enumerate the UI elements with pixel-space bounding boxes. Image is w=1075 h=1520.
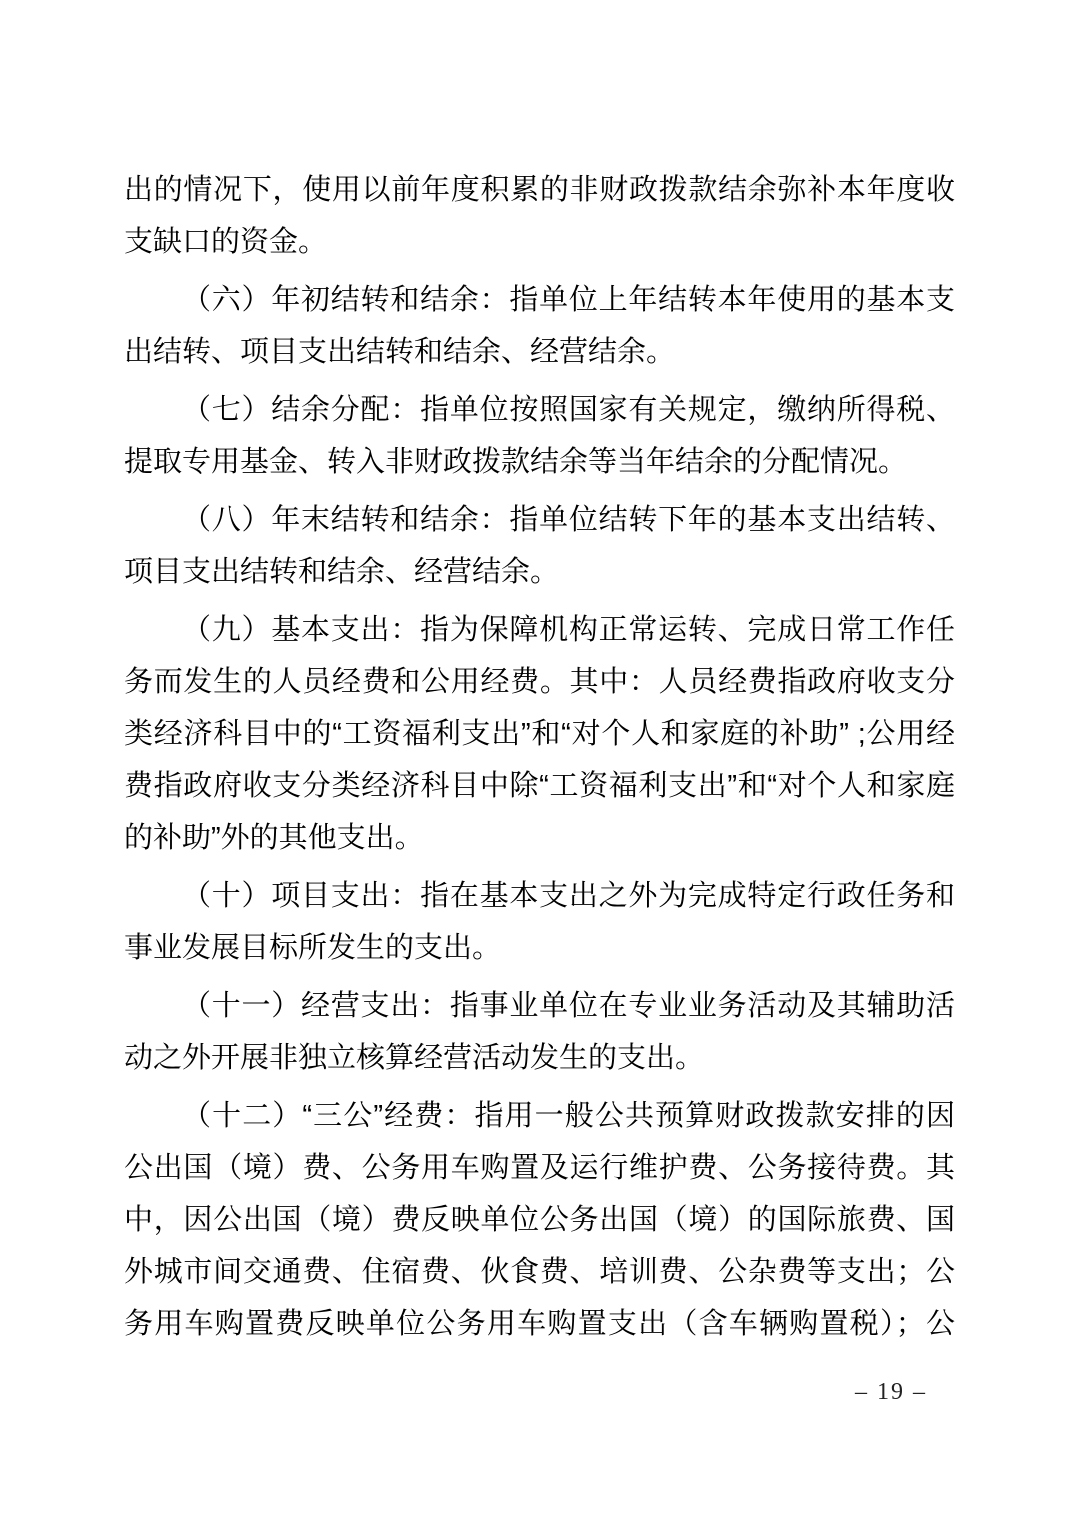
text-line: （七）结余分配：指单位按照国家有关规定，缴纳所得税、 [124, 384, 955, 436]
document-page: 出的情况下，使用以前年度积累的非财政拨款结余弥补本年度收支缺口的资金。（六）年初… [0, 0, 1075, 1520]
text-line: （八）年末结转和结余：指单位结转下年的基本支出结转、 [124, 494, 955, 546]
text-line: 类经济科目中的“工资福利支出”和“对个人和家庭的补助” ;公用经 [124, 708, 955, 760]
paragraph: 出的情况下，使用以前年度积累的非财政拨款结余弥补本年度收支缺口的资金。 [124, 164, 955, 268]
text-line: 提取专用基金、转入非财政拨款结余等当年结余的分配情况。 [124, 436, 955, 488]
text-line: 出的情况下，使用以前年度积累的非财政拨款结余弥补本年度收 [124, 164, 955, 216]
text-line: （六）年初结转和结余：指单位上年结转本年使用的基本支 [124, 274, 955, 326]
text-line: 务用车购置费反映单位公务用车购置支出（含车辆购置税）；公 [124, 1298, 955, 1350]
text-line: 公出国（境）费、公务用车购置及运行维护费、公务接待费。其 [124, 1142, 955, 1194]
paragraph: （九）基本支出：指为保障机构正常运转、完成日常工作任务而发生的人员经费和公用经费… [124, 604, 955, 864]
paragraph: （七）结余分配：指单位按照国家有关规定，缴纳所得税、提取专用基金、转入非财政拨款… [124, 384, 955, 488]
text-line: 费指政府收支分类经济科目中除“工资福利支出”和“对个人和家庭 [124, 760, 955, 812]
text-line: （十）项目支出：指在基本支出之外为完成特定行政任务和 [124, 870, 955, 922]
text-line: 动之外开展非独立核算经营活动发生的支出。 [124, 1032, 955, 1084]
paragraph: （十二）“三公”经费：指用一般公共预算财政拨款安排的因公出国（境）费、公务用车购… [124, 1090, 955, 1350]
text-line: （十二）“三公”经费：指用一般公共预算财政拨款安排的因 [124, 1090, 955, 1142]
paragraph: （十一）经营支出：指事业单位在专业业务活动及其辅助活动之外开展非独立核算经营活动… [124, 980, 955, 1084]
paragraph: （十）项目支出：指在基本支出之外为完成特定行政任务和事业发展目标所发生的支出。 [124, 870, 955, 974]
text-line: 事业发展目标所发生的支出。 [124, 922, 955, 974]
paragraph: （六）年初结转和结余：指单位上年结转本年使用的基本支出结转、项目支出结转和结余、… [124, 274, 955, 378]
text-line: 务而发生的人员经费和公用经费。其中：人员经费指政府收支分 [124, 656, 955, 708]
text-line: 中，因公出国（境）费反映单位公务出国（境）的国际旅费、国 [124, 1194, 955, 1246]
text-line: 项目支出结转和结余、经营结余。 [124, 546, 955, 598]
text-line: 出结转、项目支出结转和结余、经营结余。 [124, 326, 955, 378]
text-line: 支缺口的资金。 [124, 216, 955, 268]
text-line: 外城市间交通费、住宿费、伙食费、培训费、公杂费等支出；公 [124, 1246, 955, 1298]
text-line: 的补助”外的其他支出。 [124, 812, 955, 864]
text-line: （十一）经营支出：指事业单位在专业业务活动及其辅助活 [124, 980, 955, 1032]
page-number: – 19 – [846, 1378, 936, 1406]
document-body-text: 出的情况下，使用以前年度积累的非财政拨款结余弥补本年度收支缺口的资金。（六）年初… [124, 164, 955, 1356]
paragraph: （八）年末结转和结余：指单位结转下年的基本支出结转、项目支出结转和结余、经营结余… [124, 494, 955, 598]
text-line: （九）基本支出：指为保障机构正常运转、完成日常工作任 [124, 604, 955, 656]
